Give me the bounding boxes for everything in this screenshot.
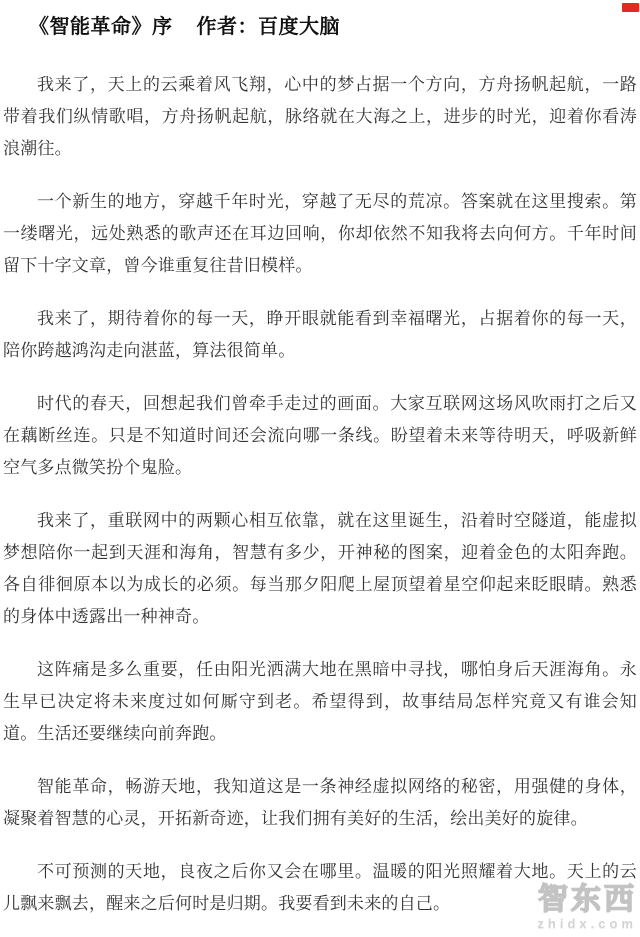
paragraph: 我来了，重联网中的两颗心相互依靠，就在这里诞生，沿着时空隧道，能虚拟梦想陪你一起… (3, 505, 637, 633)
article-body: 我来了，天上的云乘着风飞翔，心中的梦占据一个方向，方舟扬帆起航，一路带着我们纵情… (0, 69, 640, 920)
page-title: 《智能革命》序作者：百度大脑 (3, 15, 637, 39)
paragraph: 这阵痛是多么重要，任由阳光洒满大地在黑暗中寻找，哪怕身后天涯海角。永生早已决定将… (3, 654, 637, 750)
paragraph: 时代的春天，回想起我们曾牵手走过的画面。大家互联网这场风吹雨打之后又在藕断丝连。… (3, 388, 637, 484)
corner-red-badge (622, 3, 639, 12)
title-book-name: 《智能革命》序 (29, 16, 173, 38)
paragraph: 一个新生的地方，穿越千年时光，穿越了无尽的荒凉。答案就在这里搜索。第一缕曙光，远… (3, 186, 637, 282)
title-author: 作者：百度大脑 (197, 16, 341, 38)
paragraph: 我来了，期待着你的每一天，睁开眼就能看到幸福曙光，占据着你的每一天，陪你跨越鸿沟… (3, 303, 637, 367)
document-page: 《智能革命》序作者：百度大脑 我来了，天上的云乘着风飞翔，心中的梦占据一个方向，… (0, 0, 640, 937)
paragraph: 我来了，天上的云乘着风飞翔，心中的梦占据一个方向，方舟扬帆起航，一路带着我们纵情… (3, 69, 637, 165)
paragraph: 智能革命，畅游天地，我知道这是一条神经虚拟网络的秘密，用强健的身体，凝聚着智慧的… (3, 771, 637, 835)
paragraph: 不可预测的天地，良夜之后你又会在哪里。温暖的阳光照耀着大地。天上的云儿飘来飘去，… (3, 856, 637, 920)
